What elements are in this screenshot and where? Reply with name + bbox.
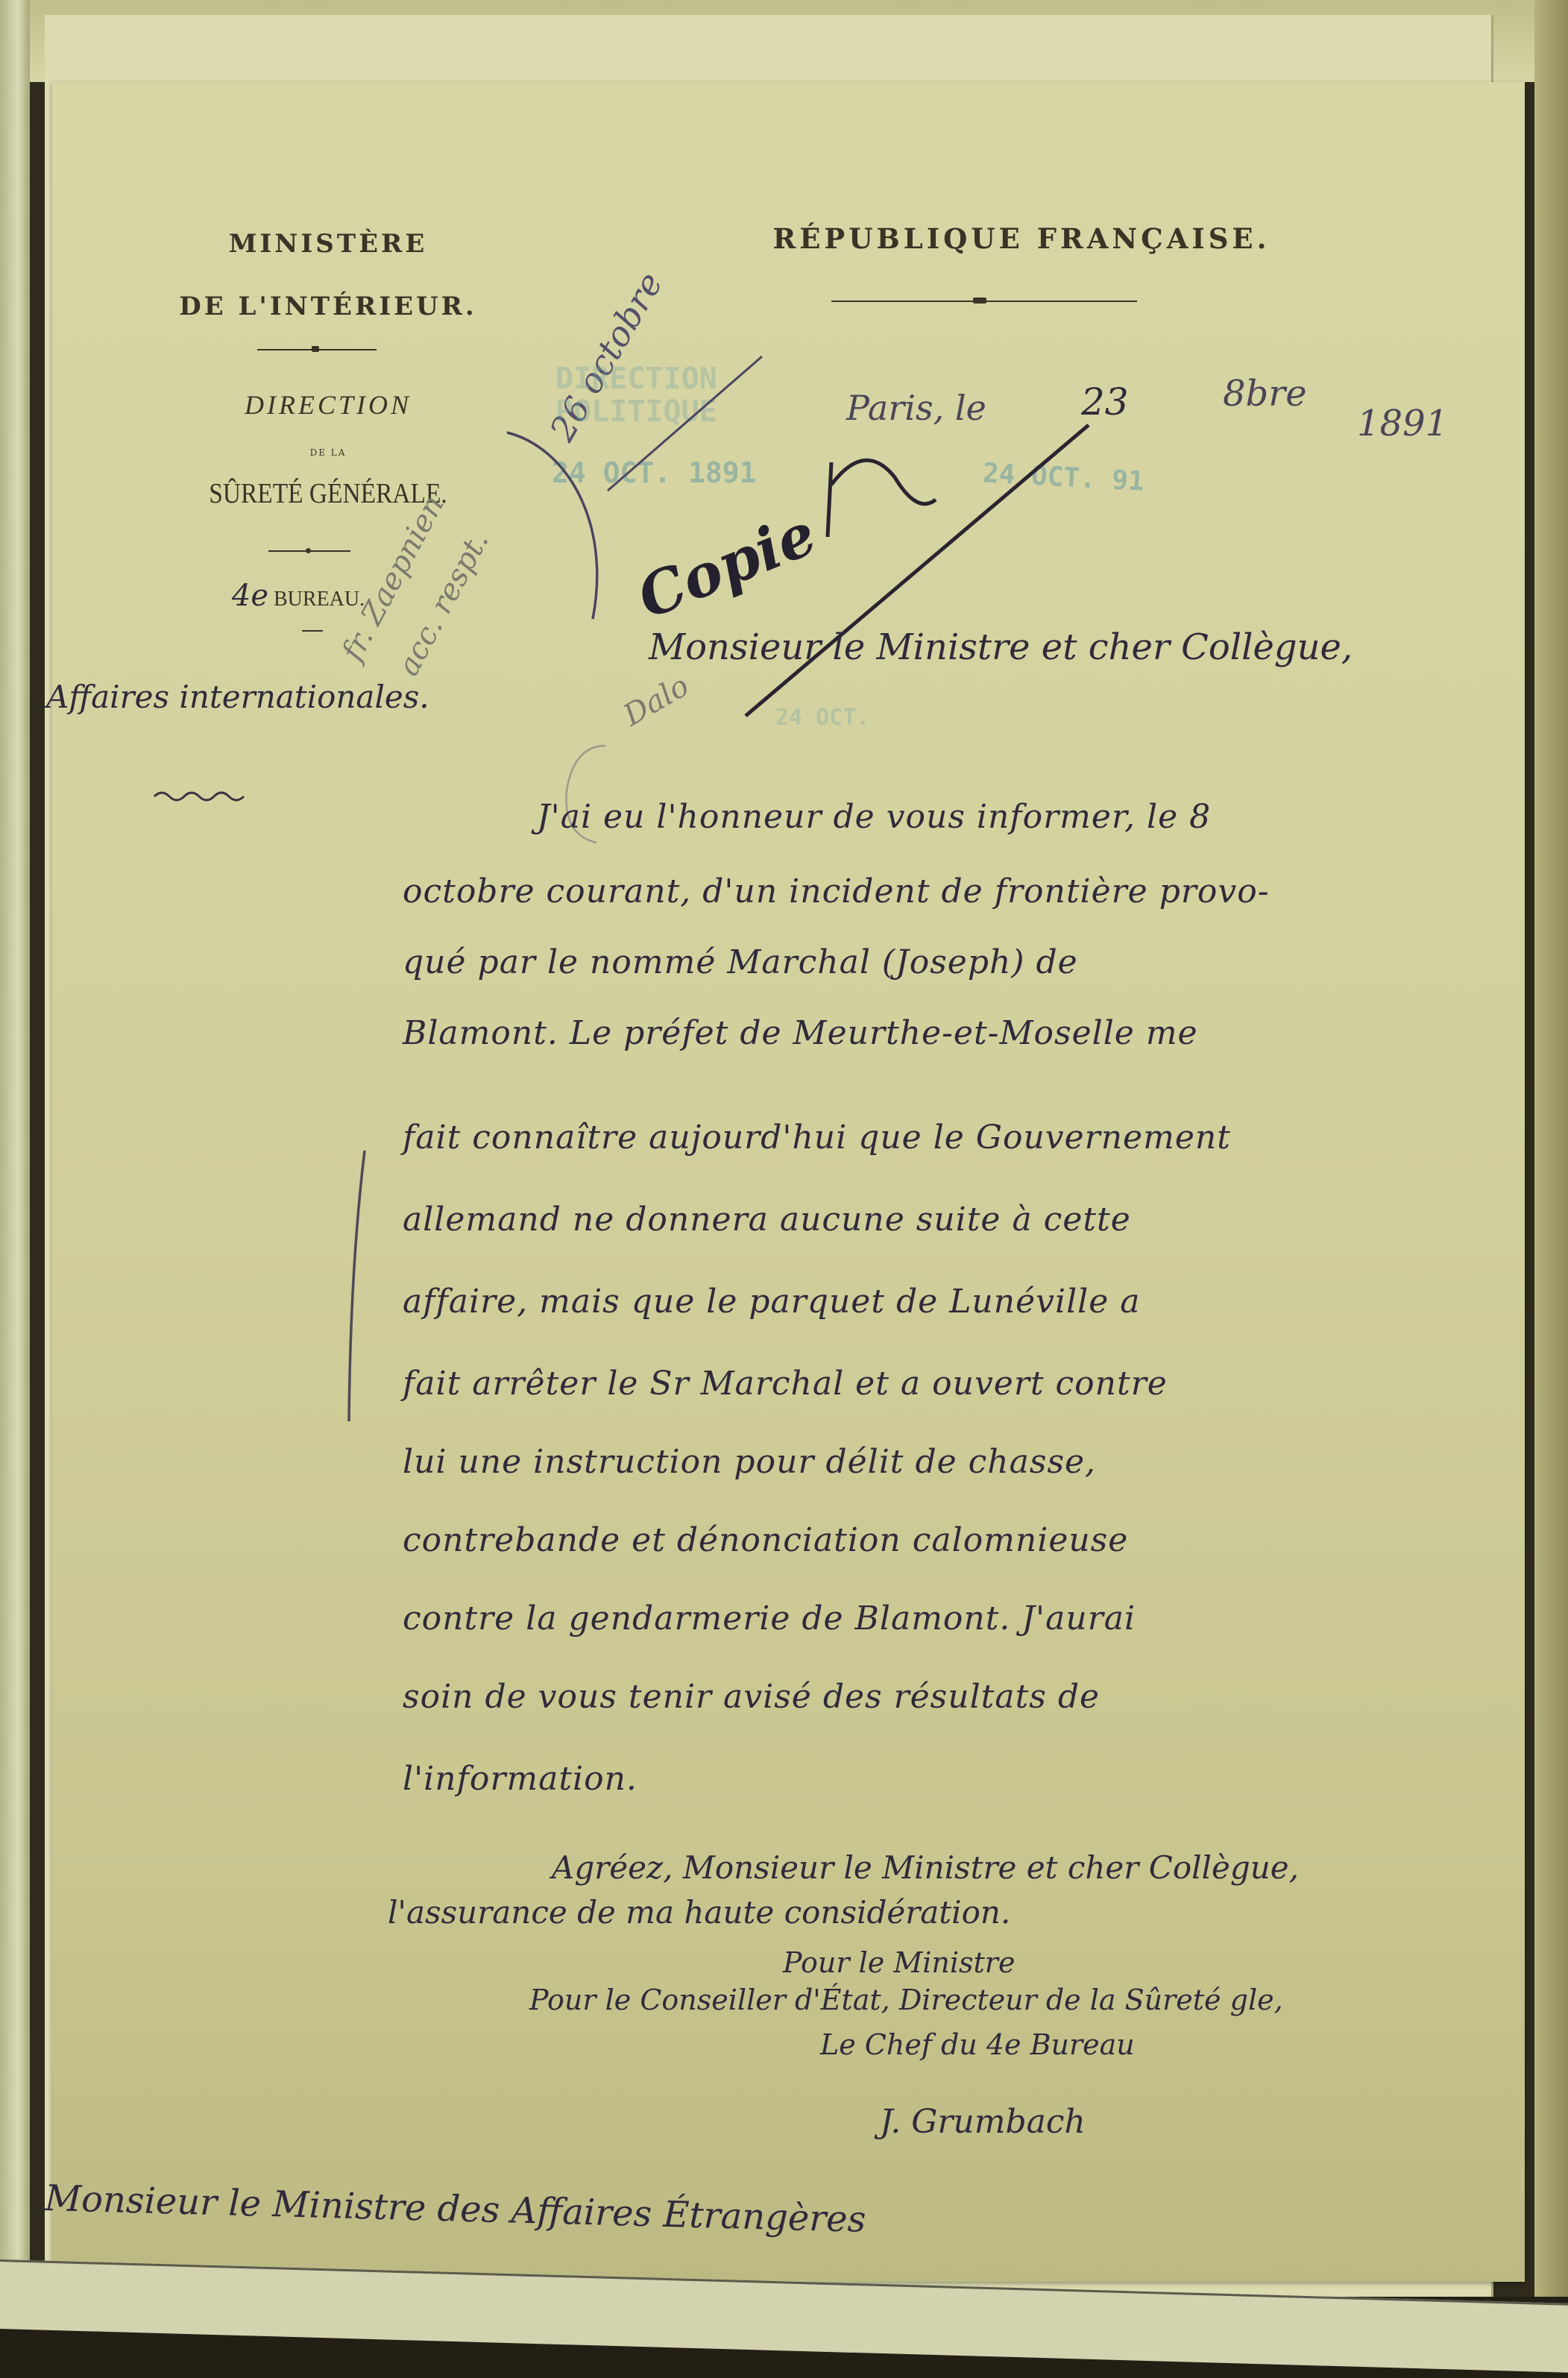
- signoff-line-2: Pour le Conseiller d'État, Directeur de …: [529, 1984, 1283, 2016]
- closing-line-1: Agréez, Monsieur le Ministre et cher Col…: [552, 1849, 1299, 1886]
- body-line-3: qué par le nommé Marchal (Joseph) de: [403, 943, 1078, 981]
- body-line-10: contrebande et dénonciation calomnieuse: [403, 1521, 1128, 1559]
- signature: J. Grumbach: [880, 2103, 1086, 2141]
- body-line-2: octobre courant, d'un incident de fronti…: [403, 872, 1270, 910]
- ink-strokes: [0, 0, 1568, 2378]
- body-line-8: fait arrêter le Sr Marchal et a ouvert c…: [403, 1365, 1168, 1403]
- body-line-1: J'ai eu l'honneur de vous informer, le 8: [537, 798, 1211, 836]
- body-line-9: lui une instruction pour délit de chasse…: [403, 1443, 1096, 1481]
- closing-line-2: l'assurance de ma haute considération.: [388, 1894, 1010, 1931]
- body-line-5: fait connaître aujourd'hui que le Gouver…: [403, 1119, 1231, 1157]
- salutation: Monsieur le Ministre et cher Collègue,: [649, 626, 1353, 668]
- body-line-12: soin de vous tenir avisé des résultats d…: [403, 1678, 1100, 1716]
- body-line-11: contre la gendarmerie de Blamont. J'aura…: [403, 1600, 1136, 1638]
- body-line-6: allemand ne donnera aucune suite à cette: [403, 1201, 1131, 1239]
- signoff-line-1: Pour le Ministre: [783, 1946, 1015, 1979]
- body-line-7: affaire, mais que le parquet de Lunévill…: [403, 1283, 1140, 1321]
- body-line-13: l'information.: [403, 1760, 637, 1798]
- body-line-4: Blamont. Le préfet de Meurthe-et-Moselle…: [403, 1014, 1198, 1052]
- signoff-line-3: Le Chef du 4e Bureau: [820, 2028, 1135, 2061]
